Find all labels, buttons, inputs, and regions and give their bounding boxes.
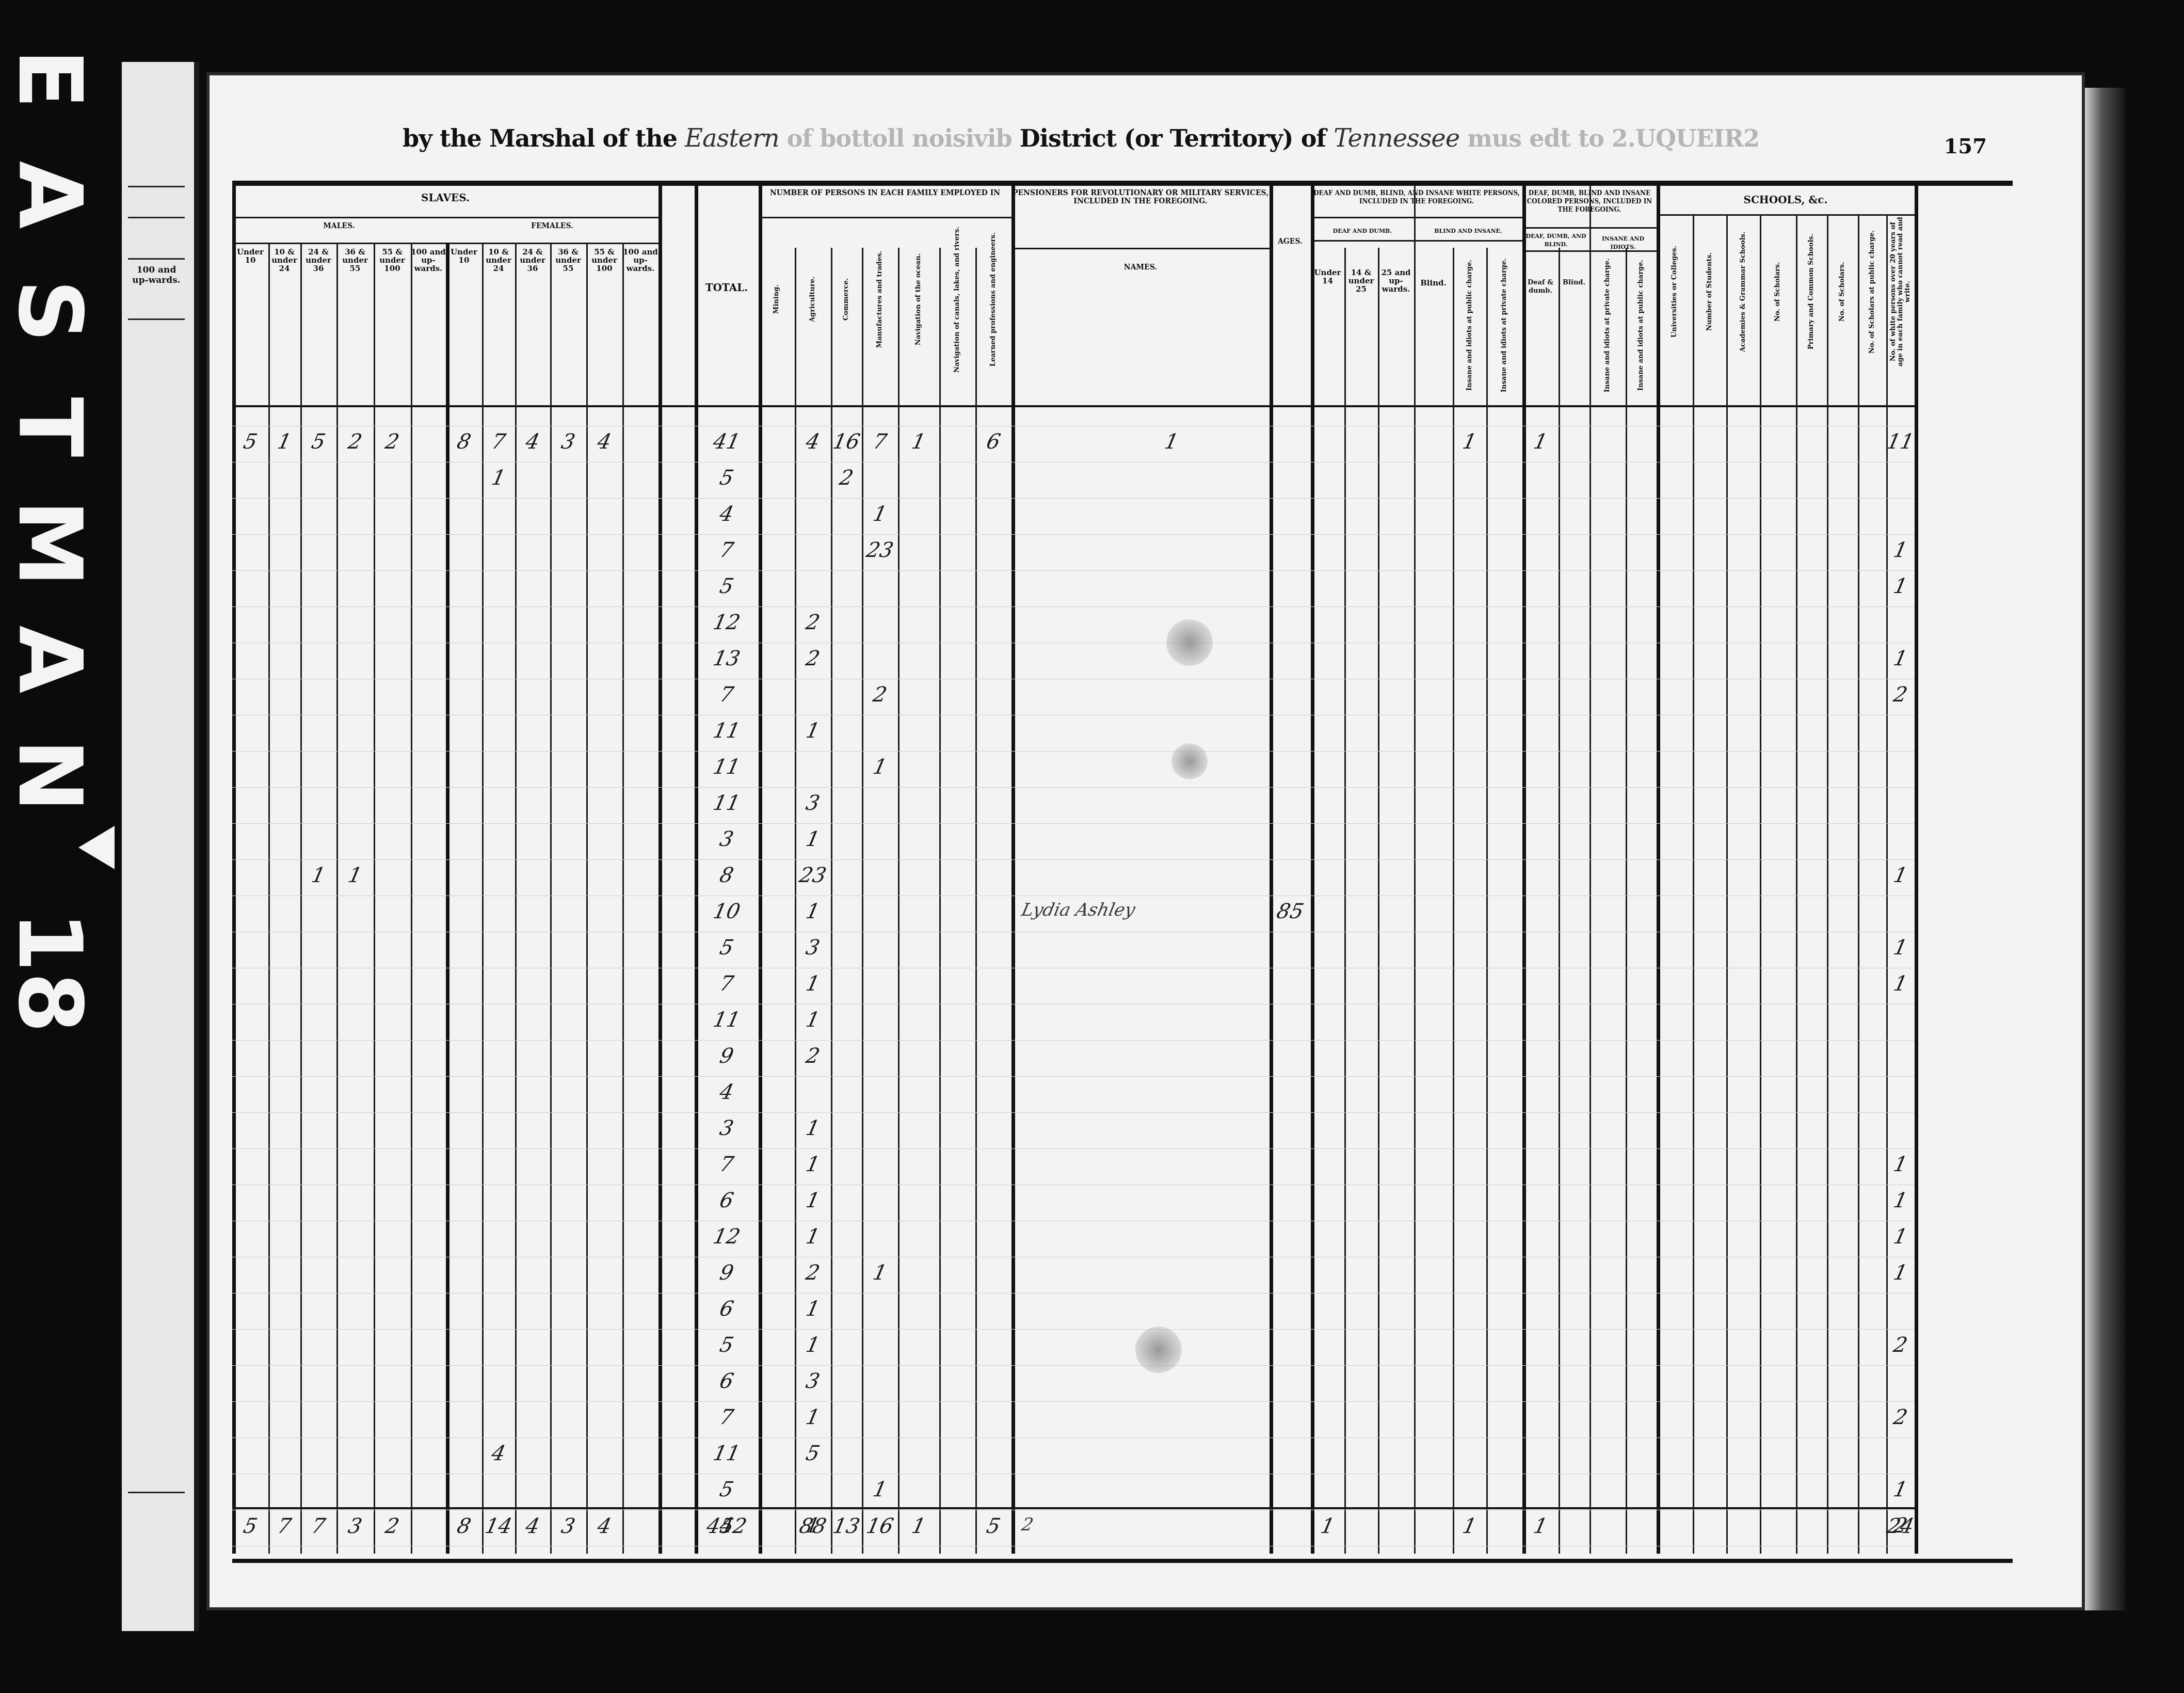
illiterate-count: 1 bbox=[1884, 1225, 1917, 1249]
slave-female-count: 3 bbox=[548, 430, 589, 454]
household-total: 12 bbox=[692, 611, 761, 634]
illiterate-count: 1 bbox=[1884, 972, 1917, 996]
household-total: 9 bbox=[692, 1044, 761, 1068]
employed-count: 3 bbox=[792, 1369, 833, 1393]
row-rule bbox=[232, 426, 1915, 426]
slave-male-count: 2 bbox=[371, 430, 413, 454]
row-rule bbox=[232, 1546, 1915, 1546]
slave-female-count: 4 bbox=[584, 1514, 625, 1538]
employed-count: 1 bbox=[792, 1333, 833, 1357]
column-divider bbox=[1559, 248, 1560, 1554]
slave-male-count: 2 bbox=[371, 1514, 413, 1538]
slave-female-count: 4 bbox=[512, 1514, 553, 1538]
slave-male-count: 1 bbox=[298, 864, 339, 887]
employed-count: 1 bbox=[792, 1297, 833, 1321]
illiterate-count: 1 bbox=[1884, 538, 1917, 562]
district-label: District (or Territory) of bbox=[1020, 124, 1326, 152]
row-rule bbox=[232, 1438, 1915, 1438]
illiterate-count: 1 bbox=[1884, 1478, 1917, 1502]
household-total: 13 bbox=[692, 647, 761, 670]
slave-female-count: 3 bbox=[548, 1514, 589, 1538]
page-title: by the Marshal of the Eastern of bottoll… bbox=[403, 124, 1759, 153]
header-rule bbox=[1311, 240, 1522, 242]
row-rule bbox=[232, 1148, 1915, 1149]
schools-col-header: Universities or Colleges. bbox=[1657, 217, 1693, 366]
household-total: 6 bbox=[692, 1189, 761, 1212]
column-divider bbox=[1486, 248, 1488, 1554]
household-total: 4 bbox=[692, 1080, 761, 1104]
row-rule bbox=[232, 751, 1915, 752]
total-header: TOTAL. bbox=[695, 279, 759, 296]
column-divider bbox=[939, 248, 941, 1554]
household-total: 3 bbox=[692, 827, 761, 851]
blind-insane-col-header: Insane and idiots at public charge. bbox=[1453, 250, 1486, 400]
employed-count: 23 bbox=[859, 538, 901, 562]
illiterate-count: 24 bbox=[1884, 1514, 1917, 1538]
deaf-white-count: 1 bbox=[1450, 1514, 1489, 1538]
deaf-white-col-header: 14 & under 25 bbox=[1344, 268, 1378, 293]
household-total: 7 bbox=[692, 1153, 761, 1176]
row-rule bbox=[232, 534, 1915, 535]
slave-male-count: 7 bbox=[266, 1514, 303, 1538]
employed-count: 6 bbox=[973, 430, 1014, 454]
slave-female-col-header: 24 & under 36 bbox=[515, 248, 550, 273]
header-rule bbox=[1657, 214, 1915, 216]
household-total: 5 bbox=[692, 574, 761, 598]
pension-ages-header: AGES. bbox=[1270, 237, 1311, 246]
deaf-dumb-blind-header: DEAF, DUMB, AND BLIND. bbox=[1522, 232, 1589, 249]
row-rule bbox=[232, 1112, 1915, 1113]
household-total: 10 bbox=[692, 900, 761, 923]
household-total: 7 bbox=[692, 538, 761, 562]
blind-col-header: Blind. bbox=[1414, 279, 1453, 287]
household-total: 11 bbox=[692, 719, 761, 743]
film-marker-icon bbox=[78, 826, 115, 869]
employed-count: 13 bbox=[828, 1514, 864, 1538]
film-label-letter: T bbox=[0, 369, 107, 485]
employed-header: NUMBER OF PERSONS IN EACH FAMILY EMPLOYE… bbox=[759, 189, 1011, 197]
row-rule bbox=[232, 1076, 1915, 1077]
column-divider bbox=[659, 186, 662, 1554]
schools-col-header: No. of Scholars. bbox=[1760, 217, 1796, 366]
slave-male-col-header: Under 10 bbox=[232, 248, 268, 264]
employed-count: 2 bbox=[859, 683, 901, 707]
slave-male-count: 1 bbox=[334, 864, 376, 887]
illiterate-count: 1 bbox=[1884, 936, 1917, 960]
household-total: 7 bbox=[692, 972, 761, 996]
slave-female-col-header: 55 & under 100 bbox=[586, 248, 622, 273]
row-rule bbox=[232, 896, 1915, 896]
header-rule bbox=[232, 243, 659, 244]
schools-col-header: No. of Scholars. bbox=[1827, 217, 1858, 366]
employed-col-header: Commerce. bbox=[831, 225, 862, 374]
row-rule bbox=[232, 1293, 1915, 1293]
stub-rule bbox=[128, 186, 185, 187]
household-total: 5 bbox=[692, 936, 761, 960]
bleed-through-text: mus edt to 2.UQUEIR2 bbox=[1467, 124, 1759, 152]
employed-count: 1 bbox=[792, 719, 833, 743]
row-rule bbox=[232, 1221, 1915, 1221]
deaf-white-col-header: Under 14 bbox=[1311, 268, 1344, 285]
household-total: 6 bbox=[692, 1297, 761, 1321]
employed-count: 5 bbox=[792, 1442, 833, 1465]
film-label-letter: A bbox=[0, 137, 107, 253]
household-total: 11 bbox=[692, 755, 761, 779]
employed-col-header: Navigation of the ocean. bbox=[898, 225, 939, 374]
employed-count: 2 bbox=[792, 1261, 833, 1285]
household-total: 452 bbox=[692, 1514, 761, 1538]
column-divider bbox=[1827, 214, 1828, 1554]
column-divider bbox=[1693, 214, 1694, 1554]
employed-count: 88 bbox=[792, 1514, 833, 1538]
column-divider bbox=[1378, 248, 1379, 1554]
employed-count: 2 bbox=[792, 647, 833, 670]
household-total: 5 bbox=[692, 1478, 761, 1502]
illiterate-count: 11 bbox=[1884, 430, 1917, 454]
employed-count: 1 bbox=[792, 1405, 833, 1429]
census-table: SLAVES.MALES.FEMALES.TOTAL.NUMBER OF PER… bbox=[232, 181, 2013, 1563]
employed-count: 1 bbox=[792, 1189, 833, 1212]
previous-page-stub: 100 and up-wards. bbox=[122, 62, 199, 1631]
row-rule bbox=[232, 643, 1915, 643]
slaves-females-header: FEMALES. bbox=[446, 222, 659, 230]
slave-male-col-header: 100 and up-wards. bbox=[411, 248, 446, 273]
employed-col-header: Agriculture. bbox=[795, 225, 831, 374]
deaf-white-col-header: 25 and up-wards. bbox=[1378, 268, 1414, 293]
household-total: 11 bbox=[692, 1008, 761, 1032]
header-rule bbox=[232, 217, 659, 218]
column-divider bbox=[1270, 186, 1273, 1554]
employed-col-header: Mining. bbox=[759, 225, 795, 374]
row-rule bbox=[232, 1004, 1915, 1004]
illiterate-count: 1 bbox=[1884, 1189, 1917, 1212]
household-total: 4 bbox=[692, 502, 761, 526]
page-edge bbox=[2085, 88, 2126, 1610]
household-total: 41 bbox=[692, 430, 761, 454]
slaves-header: SLAVES. bbox=[232, 189, 659, 206]
employed-count: 4 bbox=[792, 430, 833, 454]
deaf-colored-count: 1 bbox=[1520, 430, 1561, 454]
household-total: 7 bbox=[692, 683, 761, 707]
schools-col-header: Academies & Grammar Schools. bbox=[1726, 217, 1760, 366]
slave-male-count: 7 bbox=[298, 1514, 339, 1538]
illiterate-count: 2 bbox=[1884, 683, 1917, 707]
household-total: 5 bbox=[692, 466, 761, 490]
row-rule bbox=[232, 859, 1915, 860]
header-rule bbox=[759, 217, 1011, 218]
row-rule bbox=[232, 1185, 1915, 1185]
household-total: 5 bbox=[692, 1333, 761, 1357]
deaf-dumb-header: DEAF AND DUMB. bbox=[1311, 227, 1414, 235]
slave-female-count: 4 bbox=[584, 430, 625, 454]
illiterate-count: 2 bbox=[1884, 1405, 1917, 1429]
employed-count: 1 bbox=[859, 1261, 901, 1285]
deaf-white-count: 1 bbox=[1450, 430, 1489, 454]
film-label-letter: M bbox=[0, 485, 107, 601]
schools-col-header: No. of white persons over 20 years of ag… bbox=[1886, 217, 1915, 366]
employed-count: 3 bbox=[792, 936, 833, 960]
territory-handwritten: Tennessee bbox=[1334, 124, 1459, 153]
bleed-through-text: of bottoll noisivib bbox=[787, 124, 1012, 152]
employed-count: 1 bbox=[792, 1225, 833, 1249]
row-rule bbox=[232, 570, 1915, 571]
deaf-white-header: DEAF AND DUMB, BLIND, AND INSANE WHITE P… bbox=[1311, 189, 1522, 205]
film-label-letter: S bbox=[0, 253, 107, 369]
deaf-colored-count: 1 bbox=[1520, 1514, 1561, 1538]
district-handwritten: Eastern bbox=[685, 124, 779, 153]
column-divider bbox=[1414, 217, 1416, 1554]
header-rule bbox=[1311, 217, 1522, 218]
column-divider bbox=[1760, 214, 1761, 1554]
illiterate-count: 1 bbox=[1884, 647, 1917, 670]
header-bottom-rule bbox=[232, 405, 1915, 407]
schools-col-header: Number of Students. bbox=[1693, 217, 1726, 366]
household-total: 12 bbox=[692, 1225, 761, 1249]
census-page: by the Marshal of the Eastern of bottoll… bbox=[206, 72, 2085, 1610]
household-total: 11 bbox=[692, 791, 761, 815]
employed-count: 1 bbox=[792, 1153, 833, 1176]
row-rule bbox=[232, 1257, 1915, 1257]
schools-header: SCHOOLS, &c. bbox=[1657, 191, 1915, 209]
illiterate-count: 1 bbox=[1884, 1153, 1917, 1176]
employed-col-header: Manufactures and trades. bbox=[862, 225, 898, 374]
blind-insane-header: BLIND AND INSANE. bbox=[1414, 227, 1522, 235]
employed-count: 2 bbox=[828, 466, 864, 490]
employed-count: 1 bbox=[792, 827, 833, 851]
slave-male-col-header: 24 & under 36 bbox=[300, 248, 336, 273]
slave-female-count: 14 bbox=[479, 1514, 518, 1538]
blind-insane-col-header: Insane and idiots at private charge. bbox=[1486, 250, 1522, 400]
employed-count: 2 bbox=[792, 1044, 833, 1068]
film-label-number: 18 bbox=[0, 911, 107, 1027]
slave-female-count: 4 bbox=[479, 1442, 518, 1465]
row-rule bbox=[232, 823, 1915, 824]
slave-male-col-header: 10 & under 24 bbox=[268, 248, 300, 273]
pension-count: 1 bbox=[1148, 430, 1195, 454]
header-rule bbox=[1011, 248, 1270, 249]
illiterate-count: 2 bbox=[1884, 1333, 1917, 1357]
colored-insane-col-header: Insane and idiots at private charge. bbox=[1589, 250, 1626, 400]
employed-count: 1 bbox=[859, 755, 901, 779]
employed-count: 1 bbox=[859, 502, 901, 526]
slave-male-col-header: 36 & under 55 bbox=[336, 248, 374, 273]
slave-female-count: 8 bbox=[443, 1514, 485, 1538]
title-prefix: by the Marshal of the bbox=[403, 124, 677, 152]
row-rule bbox=[232, 1365, 1915, 1366]
schools-col-header: Primary and Common Schools. bbox=[1796, 217, 1827, 366]
illiterate-count: 1 bbox=[1884, 864, 1917, 887]
household-total: 9 bbox=[692, 1261, 761, 1285]
stain bbox=[1171, 743, 1208, 779]
page-number: 157 bbox=[1944, 134, 1987, 158]
household-total: 11 bbox=[692, 1442, 761, 1465]
slave-male-count: 5 bbox=[298, 430, 339, 454]
illiterate-count: 1 bbox=[1884, 574, 1917, 598]
employed-col-header: Learned professions and engineers. bbox=[975, 225, 1011, 374]
stub-column-header: 100 and up-wards. bbox=[128, 258, 185, 320]
row-rule bbox=[232, 462, 1915, 462]
slave-female-col-header: 36 & under 55 bbox=[550, 248, 586, 273]
column-divider bbox=[1657, 186, 1660, 1554]
pensioner-name: Lydia Ashley bbox=[1020, 900, 1272, 920]
column-divider bbox=[232, 186, 236, 1554]
row-rule bbox=[232, 932, 1915, 932]
row-rule bbox=[232, 679, 1915, 679]
stub-rule bbox=[128, 1492, 185, 1493]
row-rule bbox=[232, 968, 1915, 968]
employed-count: 3 bbox=[792, 791, 833, 815]
row-rule bbox=[232, 1040, 1915, 1041]
employed-count: 2 bbox=[792, 611, 833, 634]
stub-rule bbox=[128, 217, 185, 218]
slave-female-col-header: 10 & under 24 bbox=[482, 248, 515, 273]
colored-insane-col-header: Insane and idiots at public charge. bbox=[1626, 250, 1657, 400]
column-divider bbox=[1011, 186, 1015, 1554]
pensioner-name: 2 bbox=[1020, 1514, 1272, 1535]
employed-count: 1 bbox=[895, 1514, 942, 1538]
column-divider bbox=[1858, 214, 1859, 1554]
pensioners-header: PENSIONERS FOR REVOLUTIONARY OR MILITARY… bbox=[1011, 189, 1270, 205]
row-rule bbox=[232, 606, 1915, 607]
slave-male-count: 2 bbox=[334, 430, 376, 454]
row-rule bbox=[232, 715, 1915, 715]
employed-count: 23 bbox=[792, 864, 833, 887]
film-label-letter: E bbox=[0, 21, 107, 137]
slave-male-count: 3 bbox=[334, 1514, 376, 1538]
row-rule bbox=[232, 498, 1915, 499]
employed-count: 16 bbox=[859, 1514, 901, 1538]
employed-col-header: Navigation of canals, lakes, and rivers. bbox=[939, 225, 975, 374]
stain bbox=[1166, 619, 1213, 666]
slave-female-count: 1 bbox=[479, 466, 518, 490]
colored-deaf-col-header: Deaf & dumb. bbox=[1522, 279, 1559, 295]
slave-female-col-header: Under 10 bbox=[446, 248, 482, 264]
row-rule bbox=[232, 1401, 1915, 1402]
slave-male-count: 1 bbox=[266, 430, 303, 454]
illiterate-count: 1 bbox=[1884, 1261, 1917, 1285]
row-rule bbox=[232, 1510, 1915, 1510]
film-label-letter: A bbox=[0, 601, 107, 717]
slave-female-count: 8 bbox=[443, 430, 485, 454]
colored-blind-col-header: Blind. bbox=[1559, 279, 1589, 287]
stain bbox=[1135, 1327, 1182, 1373]
slave-male-count: 5 bbox=[230, 1514, 271, 1538]
employed-count: 1 bbox=[792, 1116, 833, 1140]
slave-female-count: 7 bbox=[479, 430, 518, 454]
slave-male-col-header: 55 & under 100 bbox=[374, 248, 411, 273]
employed-count: 1 bbox=[895, 430, 942, 454]
employed-count: 7 bbox=[859, 430, 901, 454]
column-divider bbox=[1344, 248, 1346, 1554]
slave-male-count: 5 bbox=[230, 430, 271, 454]
column-divider bbox=[1311, 186, 1314, 1554]
slave-female-count: 4 bbox=[512, 430, 553, 454]
pensioner-age: 85 bbox=[1267, 900, 1313, 923]
pension-names-header: NAMES. bbox=[1011, 263, 1270, 271]
employed-count: 1 bbox=[792, 972, 833, 996]
row-rule bbox=[232, 787, 1915, 788]
household-total: 6 bbox=[692, 1369, 761, 1393]
film-label-letter: N bbox=[0, 717, 107, 834]
film-reel-label: EASTMAN18 bbox=[10, 21, 88, 1043]
column-divider bbox=[1626, 248, 1627, 1554]
deaf-white-count: 1 bbox=[1308, 1514, 1347, 1538]
row-rule bbox=[232, 1474, 1915, 1474]
schools-col-header: No. of Scholars at public charge. bbox=[1858, 217, 1886, 366]
employed-count: 1 bbox=[792, 900, 833, 923]
column-divider bbox=[1796, 214, 1797, 1554]
slaves-males-header: MALES. bbox=[232, 222, 446, 230]
household-total: 3 bbox=[692, 1116, 761, 1140]
employed-count: 1 bbox=[792, 1008, 833, 1032]
totals-rule bbox=[232, 1507, 1915, 1509]
column-divider bbox=[1726, 214, 1728, 1554]
employed-count: 1 bbox=[859, 1478, 901, 1502]
column-divider bbox=[1522, 186, 1526, 1554]
row-rule bbox=[232, 1329, 1915, 1330]
employed-count: 16 bbox=[828, 430, 864, 454]
household-total: 8 bbox=[692, 864, 761, 887]
employed-count: 5 bbox=[973, 1514, 1014, 1538]
slave-female-col-header: 100 and up-wards. bbox=[622, 248, 659, 273]
household-total: 7 bbox=[692, 1405, 761, 1429]
insane-idiots-header: INSANE AND IDIOTS. bbox=[1589, 235, 1657, 251]
